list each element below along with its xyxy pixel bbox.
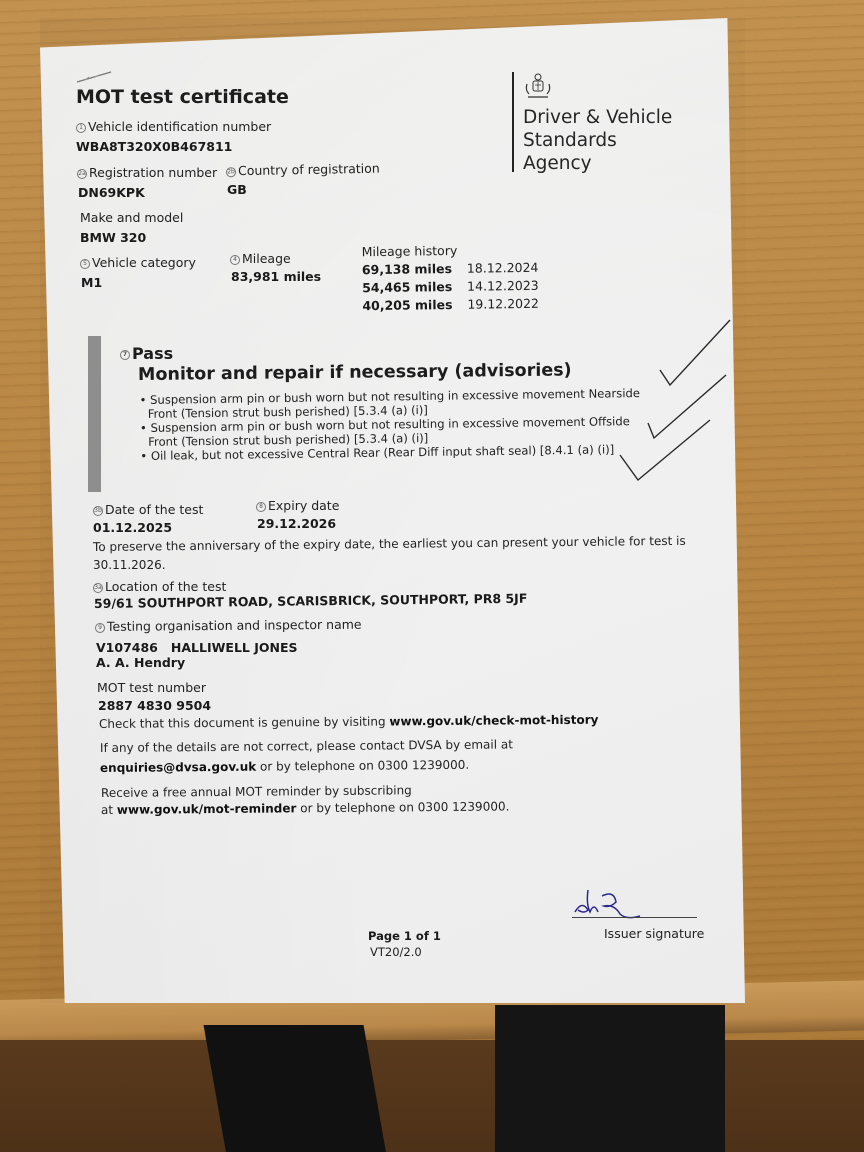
earliest-test-date: 30.11.2026. [93,558,166,572]
test-date-label: 3bDate of the test [93,502,203,517]
mileage-label: 4Mileage [230,251,291,266]
field-number-badge: 3a [93,583,103,593]
dvsa-logo-line-2: Standards [523,129,672,152]
history-miles: 40,205 miles [362,297,467,313]
advisories-list: Suspension arm pin or bush worn but not … [138,387,659,465]
person-leg-left [204,1025,387,1152]
mileage-value: 83,981 miles [231,269,321,284]
field-number-badge: 3b [93,506,103,516]
test-date-value: 01.12.2025 [93,520,172,535]
signature-line [572,917,697,918]
dvsa-logo: Driver & Vehicle Standards Agency [512,72,672,172]
field-number-badge: 2b [226,167,236,177]
org-name: HALLIWELL JONES [171,640,298,655]
org-code: V107486 [96,640,158,655]
field-number-badge: 7 [120,350,130,360]
field-number-badge: 4 [230,255,240,265]
signature-icon [570,882,660,922]
page-number: Page 1 of 1 [368,929,441,943]
dvsa-logo-line-1: Driver & Vehicle [523,106,672,129]
pen-mark-icon [75,70,115,84]
testing-org-label: 9Testing organisation and inspector name [95,617,362,634]
field-number-badge: 9 [95,622,105,632]
registration-label: 2aRegistration number [77,165,217,180]
floor-background [0,1040,864,1152]
mileage-history-label: Mileage history [362,242,539,259]
vin-value: WBA8T320X0B467811 [76,139,232,154]
dvsa-logo-line-3: Agency [523,152,672,175]
check-mot-history-link[interactable]: www.gov.uk/check-mot-history [389,713,598,729]
location-label: 3aLocation of the test [93,579,226,594]
country-label: 2bCountry of registration [226,161,380,179]
mot-reminder-link[interactable]: www.gov.uk/mot-reminder [117,801,297,817]
field-number-badge: 1 [76,123,86,133]
vin-label: 1Vehicle identification number [76,119,271,134]
inspector-name: A. A. Hendry [96,655,185,670]
test-number-label: MOT test number [97,680,206,695]
reminder-text: Receive a free annual MOT reminder by su… [101,783,412,800]
person-leg-right [495,1005,725,1152]
category-label: 5Vehicle category [80,255,196,270]
history-miles: 54,465 miles [362,279,467,295]
expiry-date-label: 8Expiry date [256,498,339,513]
document-title: MOT test certificate [76,86,289,108]
field-number-badge: 5 [80,259,90,269]
contact-email-link[interactable]: enquiries@dvsa.gov.uk [100,760,256,775]
result-indicator-bar [88,336,101,492]
handwritten-checkmark-icon [590,315,740,495]
form-code: VT20/2.0 [370,945,422,959]
history-date: 14.12.2023 [467,278,539,294]
history-date: 18.12.2024 [467,260,539,276]
country-value: GB [227,182,247,197]
royal-crest-icon [523,72,553,100]
expiry-date-value: 29.12.2026 [257,516,336,531]
history-date: 19.12.2022 [467,296,539,312]
make-model-value: BMW 320 [80,230,146,245]
signature-label: Issuer signature [604,926,704,941]
field-number-badge: 2a [77,169,87,179]
make-model-label: Make and model [80,210,183,225]
testing-org-value: V107486 HALLIWELL JONES [96,640,298,655]
mileage-history: Mileage history 69,138 miles 18.12.2024 … [362,242,540,313]
test-result: 7Pass [120,344,173,363]
test-number-value: 2887 4830 9504 [98,698,211,713]
category-value: M1 [81,275,102,290]
field-number-badge: 8 [256,502,266,512]
registration-value: DN69KPK [78,185,145,200]
history-miles: 69,138 miles [362,261,467,277]
